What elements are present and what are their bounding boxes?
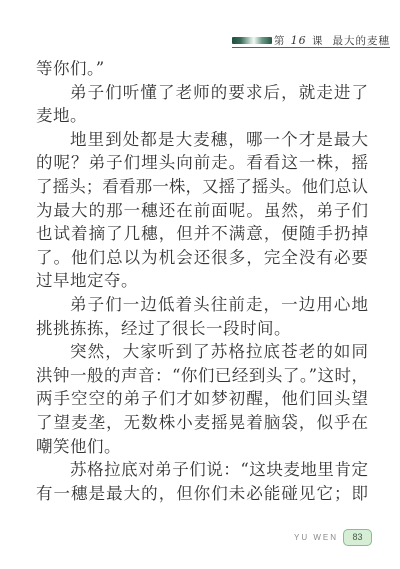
text-line: 弟子们听懂了老师的要求后，就走进了 <box>36 81 368 105</box>
text-line: 的呢？弟子们埋头向前走。看看这一株，摇 <box>36 151 368 175</box>
textbook-page: 第 16 课最大的麦穗 等你们。”弟子们听懂了老师的要求后，就走进了麦地。地里到… <box>0 0 400 569</box>
text-line: 嘲笑他们。 <box>36 435 368 459</box>
text-line: 也试着摘了几穗，但并不满意，便随手扔掉 <box>36 222 368 246</box>
lesson-suffix: 课 <box>312 35 324 47</box>
subject-label: YU WEN <box>294 533 338 542</box>
header-bar-decoration <box>232 37 272 44</box>
text-line: 洪钟一般的声音：“你们已经到头了。”这时， <box>36 364 368 388</box>
lesson-text: 等你们。”弟子们听懂了老师的要求后，就走进了麦地。地里到处都是大麦穗，哪一个才是… <box>36 57 368 505</box>
text-line: 了望麦垄，无数株小麦摇晃着脑袋，似乎在 <box>36 411 368 435</box>
text-line: 麦地。 <box>36 104 368 128</box>
text-line: 了。他们总以为机会还很多，完全没有必要 <box>36 246 368 270</box>
text-line: 苏格拉底对弟子们说：“这块麦地里肯定 <box>36 458 368 482</box>
text-line: 了摇头；看看那一株，又摇了摇头。他们总认 <box>36 175 368 199</box>
text-line: 过早地定夺。 <box>36 269 368 293</box>
text-line: 等你们。” <box>36 57 368 81</box>
text-line: 突然，大家听到了苏格拉底苍老的如同 <box>36 340 368 364</box>
lesson-number: 16 <box>290 34 308 47</box>
text-line: 弟子们一边低着头往前走，一边用心地 <box>36 293 368 317</box>
text-line: 两手空空的弟子们才如梦初醒，他们回头望 <box>36 387 368 411</box>
page-footer: YU WEN 83 <box>294 528 372 546</box>
text-line: 为最大的那一穗还在前面呢。虽然，弟子们 <box>36 199 368 223</box>
text-line: 挑挑拣拣，经过了很长一段时间。 <box>36 317 368 341</box>
text-line: 地里到处都是大麦穗，哪一个才是最大 <box>36 128 368 152</box>
lesson-title: 最大的麦穗 <box>333 35 391 47</box>
lesson-prefix: 第 <box>274 35 286 47</box>
text-line: 有一穗是最大的，但你们未必能碰见它；即 <box>36 482 368 506</box>
lesson-heading: 第 16 课最大的麦穗 <box>274 35 390 47</box>
page-header: 第 16 课最大的麦穗 <box>232 29 390 48</box>
page-number-badge: 83 <box>343 529 372 546</box>
